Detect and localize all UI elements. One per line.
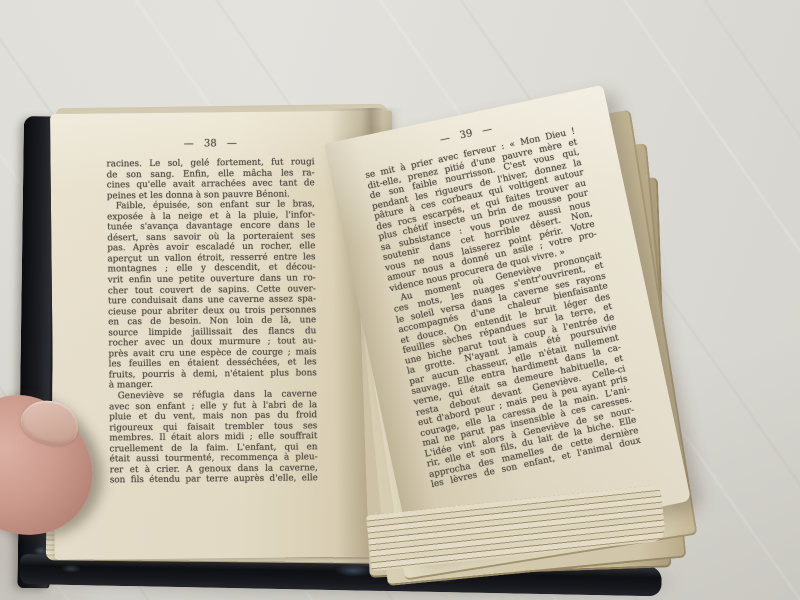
photo-scene: — 38 — racines. Le sol, gelé fortement, …	[0, 0, 800, 600]
left-page-lines: racines. Le sol, gelé fortement, fut rou…	[106, 157, 317, 486]
right-page-lines: se mit à prier avec ferveur : « Mon Dieu…	[365, 127, 642, 491]
left-page-text-block: — 38 — racines. Le sol, gelé fortement, …	[106, 137, 318, 486]
right-page-text-block: — 39 — se mit à prier avec ferveur : « M…	[360, 107, 641, 491]
text-line: son fils étendu par terre auprès d'elle,…	[110, 474, 318, 487]
left-page-header: — 38 —	[106, 137, 314, 150]
